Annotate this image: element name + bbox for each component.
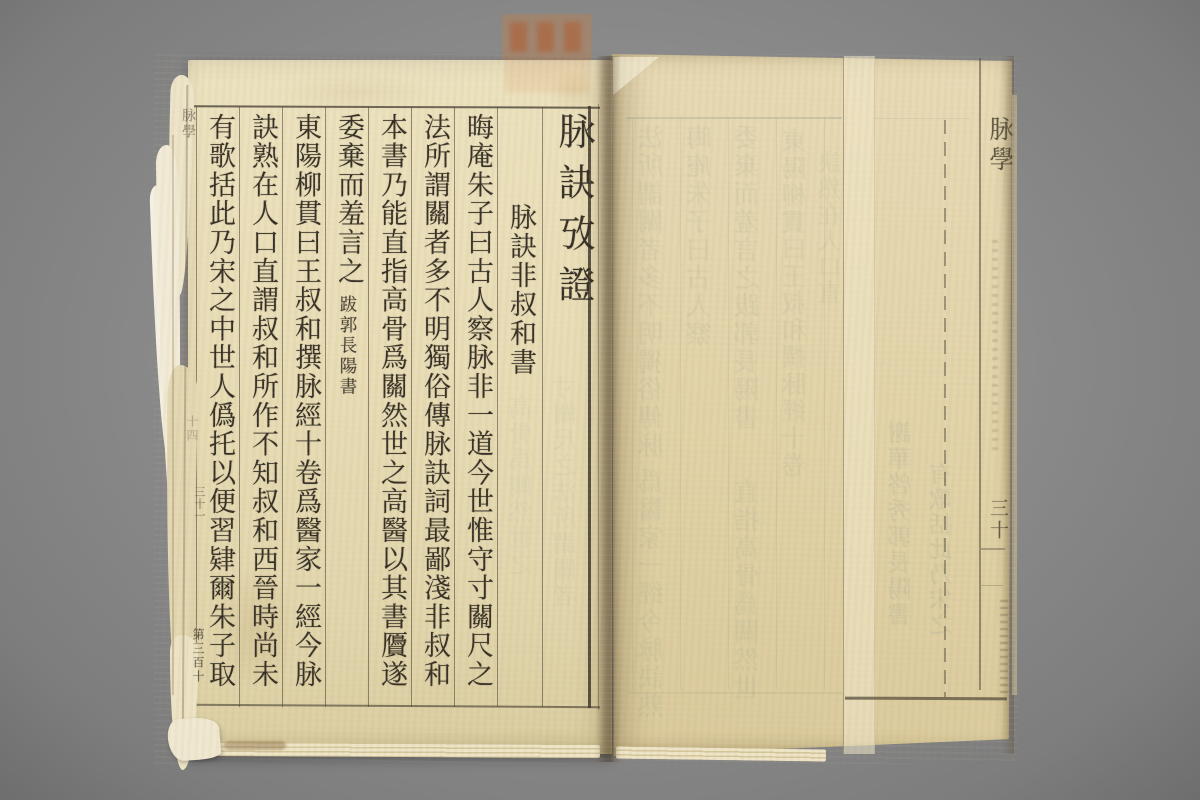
bleedthrough-column-rule	[632, 118, 633, 690]
red-collection-stamp	[502, 14, 592, 60]
column-rule	[325, 107, 326, 707]
fold-title-mark: 脉學	[178, 108, 198, 140]
fold-page-number: 三十一	[191, 486, 207, 522]
bleedthrough-column: 謝華啓秀郭長陽書	[884, 420, 919, 628]
stamp-glyph-blob	[537, 22, 554, 52]
book-photo: 寸關尺之法所謂關者 高骨爲關然世之 脉訣攷證 脉訣非叔和書 晦庵朱子曰古人察脉非…	[0, 0, 1200, 800]
fold-faint-marks	[992, 240, 998, 450]
bleedthrough-column-rule	[680, 118, 681, 690]
fold-broken-rule	[944, 120, 946, 697]
repair-tape-strip	[843, 56, 875, 754]
torn-bottom-corner	[167, 716, 222, 762]
column-rule	[454, 107, 455, 707]
text-column: 委棄而羞言之	[329, 113, 368, 286]
text-column: 有歌括此乃宋之中世人僞托以便習肄爾朱子取	[200, 113, 239, 689]
leaf-number-stamp: 第三百十	[190, 628, 207, 684]
column-rule	[368, 107, 369, 707]
column-rule	[282, 107, 283, 707]
bleedthrough-frame-top	[626, 117, 842, 119]
gutter-shadow	[596, 56, 622, 762]
text-column: 法所謂關者多不明獨俗傳脉訣詞最鄙淺非叔和	[415, 113, 454, 689]
paper-smudge	[224, 741, 286, 750]
bleedthrough-column-rule	[776, 118, 777, 690]
text-column: 訣熟在人口直謂叔和所作不知叔和西晉時尚未	[243, 113, 282, 689]
colophon-note-column: 跋郭長陽書	[335, 295, 360, 398]
stamp-glyph-blob	[564, 22, 581, 52]
column-rule	[497, 107, 498, 707]
fold-tick	[981, 585, 1003, 586]
right-page-stack-edge	[616, 747, 826, 762]
stamp-bleed	[505, 60, 589, 92]
bleedthrough-column: 有歌括此乃宋之	[926, 462, 959, 637]
fray-partial-glyphs: 十四	[184, 415, 201, 443]
bleedthrough-column: 委棄而羞言之跋郭長陽書	[730, 124, 767, 432]
bleedthrough-column: 寸關尺之法所謂關者	[549, 375, 584, 609]
text-column: 晦庵朱子曰古人察脉非一道今世惟守寸關尺之	[458, 113, 497, 689]
bleedthrough-column-rule	[728, 118, 729, 690]
text-column: 本書乃能直指高骨爲關然世之高醫以其書贗遂	[372, 113, 411, 689]
fray-crevice-line	[172, 135, 174, 695]
bleedthrough-frame-top	[870, 118, 970, 119]
column-rule	[239, 107, 240, 707]
column-rule	[542, 107, 543, 707]
under-sheet-edge	[1012, 95, 1017, 695]
section-heading-column: 脉訣非叔和書	[501, 203, 540, 377]
bleedthrough-column: 直指高骨爲關然世	[730, 478, 767, 702]
stamp-glyph-blob	[510, 22, 527, 52]
text-column: 東陽柳貫曰王叔和撰脉經十卷爲醫家一經今脉	[286, 113, 325, 689]
bleedthrough-column: 晦庵朱子曰古人察	[682, 124, 719, 348]
bleedthrough-column: 東陽柳貫曰王叔和撰脉經十卷	[778, 128, 814, 479]
bleedthrough-column: 爲醫家一經今脉訣熟	[634, 468, 671, 720]
bleedthrough-column: 法所謂關者多不明獨俗傳脉	[634, 124, 671, 460]
fold-rule	[979, 58, 981, 690]
book-title-column: 脉訣攷證	[546, 112, 600, 316]
column-rule	[411, 107, 412, 707]
bleedthrough-column: 高骨爲關然世之	[505, 395, 540, 577]
